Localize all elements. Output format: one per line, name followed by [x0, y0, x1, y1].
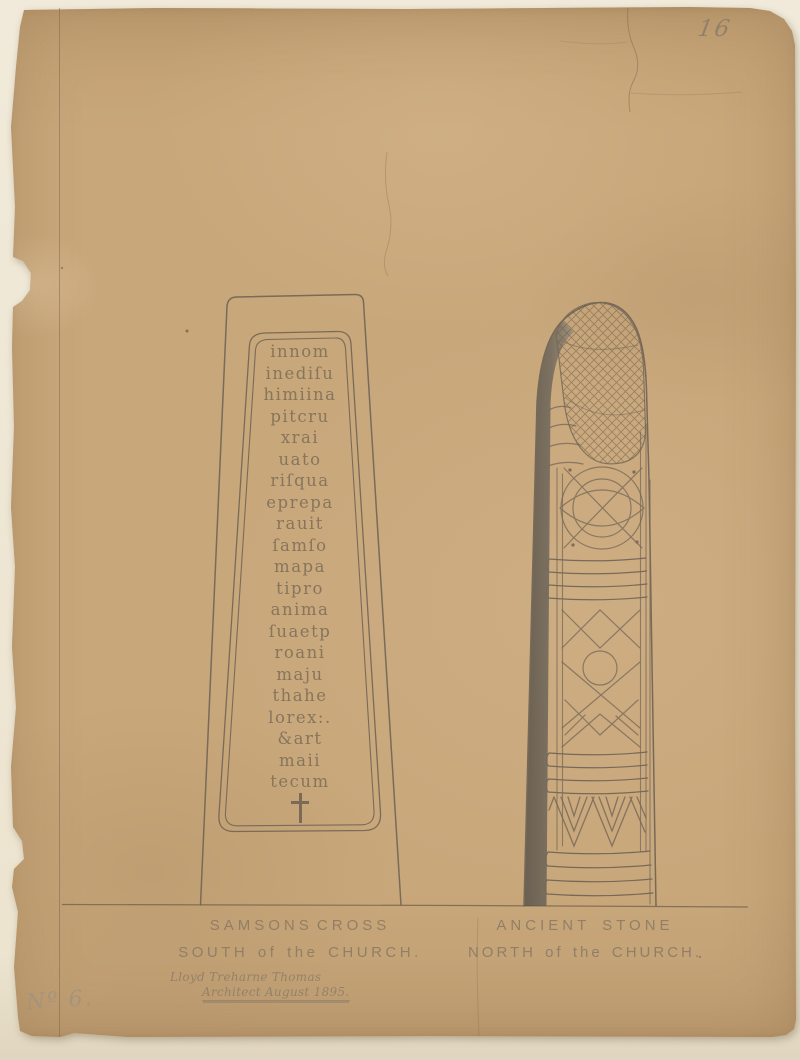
knotwork-panel-angular — [562, 610, 640, 747]
inscription-line: innom — [225, 341, 375, 363]
crosshatch-cap — [556, 303, 646, 464]
inscription-line: ſamſo — [225, 535, 375, 557]
cross-glyph — [291, 793, 309, 823]
caption-ancient-stone-title: ANCIENT STONE — [440, 917, 730, 934]
scanned-drawing-page: 16 Nº 6. innominediſuhimiinapitcruxraiua… — [0, 0, 800, 1060]
inscription-lines: innominediſuhimiinapitcruxraiuatoriſquae… — [225, 341, 375, 793]
folio-number: 16 — [696, 16, 734, 42]
signature-name: Lloyd Treharne Thomas — [170, 970, 321, 984]
pencil-speck — [61, 267, 63, 269]
item-number: Nº 6. — [25, 986, 94, 1016]
caption-samsons-cross-title: SAMSONS CROSS — [140, 917, 460, 934]
knotwork-panel-circular — [560, 467, 644, 549]
inscription-line: maju — [225, 664, 375, 686]
zigzag-panel — [549, 797, 646, 846]
inscription-line: rauit — [225, 513, 375, 535]
inscription-line: tecum — [225, 771, 375, 793]
caption-ancient-stone-location: NORTH of the CHURCH. — [440, 944, 730, 961]
pencil-drawing — [0, 0, 800, 1060]
pencil-speck — [186, 330, 189, 333]
ancient-stone-figure — [524, 302, 656, 906]
inscription-line: riſqua — [225, 470, 375, 492]
caption-samsons-cross-location: SOUTH of the CHURCH. — [140, 944, 460, 961]
inscription-line: maii — [225, 750, 375, 772]
inscription-line: uato — [225, 449, 375, 471]
inscription-line: xrai — [225, 427, 375, 449]
inscription-line: inediſu — [225, 363, 375, 385]
inscription-line: mapa — [225, 556, 375, 578]
inscription-line: ſuaetp — [225, 621, 375, 643]
inscription-line: lorex:. — [225, 707, 375, 729]
inscription-line: thahe — [225, 685, 375, 707]
paper-creases — [60, 8, 743, 1037]
inscription-line: tipro — [225, 578, 375, 600]
inscription-line: himiina — [225, 384, 375, 406]
inscription-line: &art — [225, 728, 375, 750]
inscription-line: eprepa — [225, 492, 375, 514]
inscription-line: anima — [225, 599, 375, 621]
signature-title-date: Architect August 1895. — [202, 985, 350, 1001]
inscription-line: pitcru — [225, 406, 375, 428]
inscription-line: roani — [225, 642, 375, 664]
ground-line — [62, 905, 748, 908]
